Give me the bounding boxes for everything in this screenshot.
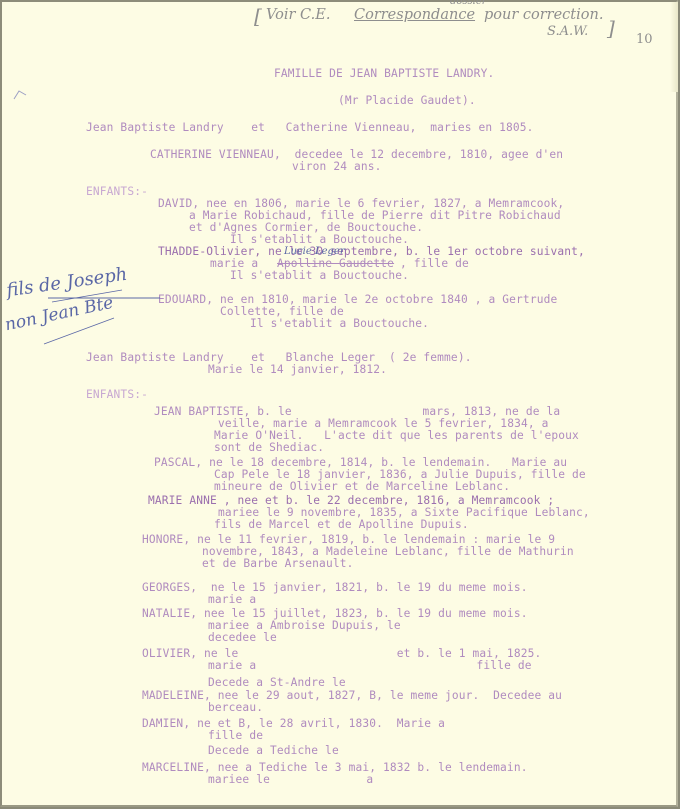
header-bracket-open: [ xyxy=(254,4,262,28)
header-note-above: dossier xyxy=(450,0,487,7)
child-thadde-correction: Lucie Leger xyxy=(284,246,345,257)
child-jean-baptiste-line-4: sont de Shediac. xyxy=(214,442,324,454)
child-natalie-line-3: decedee le xyxy=(208,632,277,644)
child-pascal-line-3: mineure de Olivier et de Marceline Lebla… xyxy=(214,481,510,493)
first-marriage-line: Jean Baptiste Landry et Catherine Vienne… xyxy=(86,122,534,134)
child-olivier-line-2: marie a fille de xyxy=(208,660,532,672)
header-signature: S.A.W. xyxy=(547,24,588,39)
document-page: [ dossier Voir C.E. Correspondance pour … xyxy=(0,0,678,807)
header-note-prefix: Voir C.E. xyxy=(266,7,330,23)
child-damien-line-1: DAMIEN, ne et B, le 28 avril, 1830. Mari… xyxy=(142,718,445,730)
page-number: 10 xyxy=(636,32,653,47)
child-damien-line-3: Decede a Tediche le xyxy=(208,745,339,757)
child-marie-anne-line-3: fils de Marcel et de Apolline Dupuis. xyxy=(214,519,469,531)
second-marriage-date: Marie le 14 janvier, 1812. xyxy=(208,364,387,376)
child-thadde-line-2b: , fille de xyxy=(400,258,469,270)
child-madeleine-line-1: MADELEINE, nee le 29 aout, 1827, B, le m… xyxy=(142,690,562,702)
right-edge-shadow xyxy=(670,2,678,92)
child-madeleine-line-2: berceau. xyxy=(208,702,263,714)
document-title: FAMILLE DE JEAN BAPTISTE LANDRY. xyxy=(274,68,494,80)
child-olivier-line-3: Decede a St-Andre le xyxy=(208,677,346,689)
child-honore-line-3: et de Barbe Arsenault. xyxy=(202,558,353,570)
margin-arrow-icon xyxy=(42,282,162,352)
child-thadde-line-3: Il s'etablit a Bouctouche. xyxy=(230,270,409,282)
enfants-label-1: ENFANTS:- xyxy=(86,186,148,198)
header-note-suffix: pour correction. xyxy=(484,7,603,23)
enfants-label-2: ENFANTS:- xyxy=(86,389,148,401)
death-line-2: viron 24 ans. xyxy=(292,161,382,173)
header-note-underlined: Correspondance xyxy=(354,7,475,23)
child-georges-line-2: marie a xyxy=(208,594,256,606)
pencil-mark-icon xyxy=(10,87,30,103)
child-edouard-line-3: Il s'etablit a Bouctouche. xyxy=(250,318,429,330)
header-bracket-close: ] xyxy=(607,16,615,40)
child-marceline-line-2: mariee le a xyxy=(208,774,373,786)
child-damien-line-2: fille de xyxy=(208,730,263,742)
child-edouard-line-1: EDOUARD, ne en 1810, marie le 2e octobre… xyxy=(158,294,557,306)
child-georges-line-1: GEORGES, ne le 15 janvier, 1821, b. le 1… xyxy=(142,582,528,594)
document-subtitle: (Mr Placide Gaudet). xyxy=(338,95,476,107)
